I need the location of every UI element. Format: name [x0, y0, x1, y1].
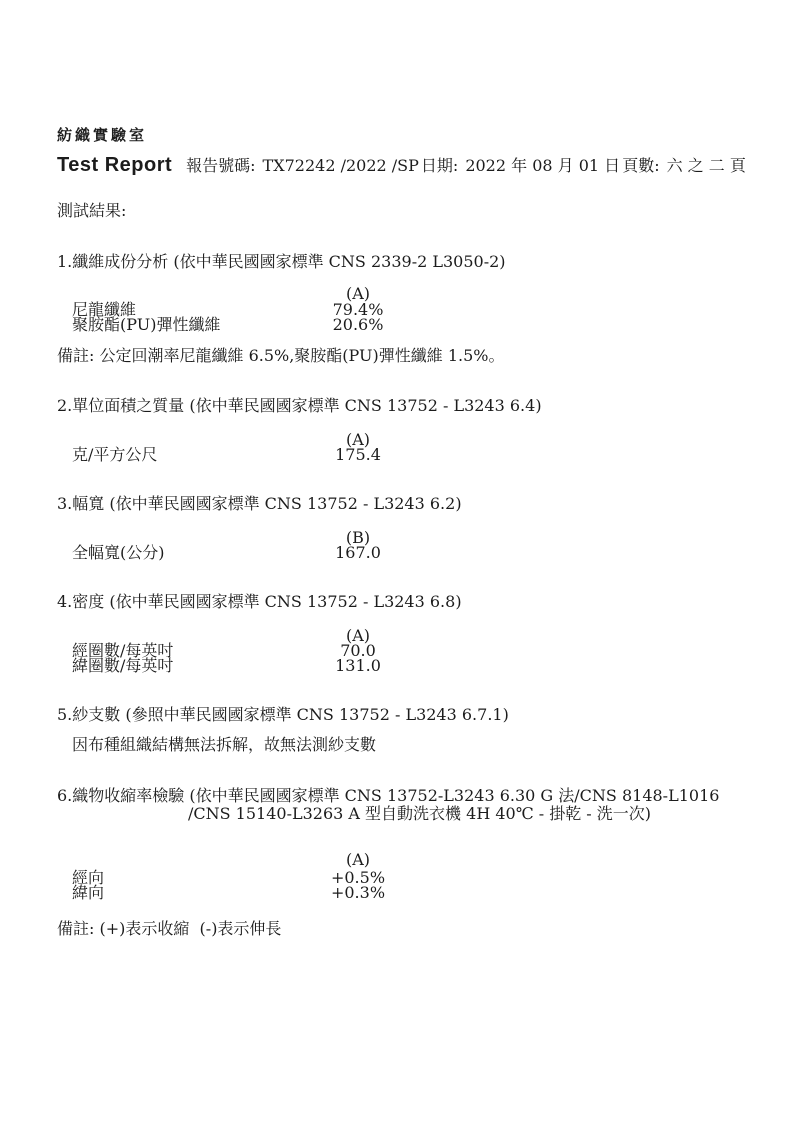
table-row-label: 全幅寬(公分) — [72, 544, 165, 562]
section-4-heading: 4.密度 (依中華民國國家標準 CNS 13752 - L3243 6.8) — [57, 593, 462, 611]
test-report-page: 紡織實驗室 Test Report 報告號碼: TX72242 /2022 /S… — [0, 0, 800, 1135]
report-title: Test Report — [57, 154, 172, 176]
section-1-remark: 備註: 公定回潮率尼龍纖維 6.5%,聚胺酯(PU)彈性纖維 1.5%。 — [57, 347, 505, 365]
pages-label: 頁數: — [622, 157, 659, 175]
table-row-label: 緯圈數/每英吋 — [72, 657, 173, 675]
date-value: 2022 年 08 月 01 日 — [465, 157, 620, 175]
table-row-label: 緯向 — [72, 884, 104, 902]
section-5-heading: 5.紗支數 (參照中華民國國家標準 CNS 13752 - L3243 6.7.… — [57, 706, 509, 724]
section-6-column-header: (A) — [288, 851, 428, 869]
results-label: 測試結果: — [57, 202, 126, 220]
table-row-value: 167.0 — [288, 544, 428, 562]
pages-value: 六 之 二 頁 — [667, 157, 746, 175]
report-no-value: TX72242 /2022 /SP — [263, 157, 419, 175]
table-row-value: +0.3% — [288, 884, 428, 902]
table-row-value: 131.0 — [288, 657, 428, 675]
report-header-line: Test Report 報告號碼: TX72242 /2022 /SP 日期: … — [57, 154, 746, 176]
section-6-heading-line1: 6.織物收縮率檢驗 (依中華民國國家標準 CNS 13752-L3243 6.3… — [57, 787, 719, 805]
section-6-heading-line2: /CNS 15140-L3263 A 型自動洗衣機 4H 40℃ - 掛乾 - … — [188, 805, 651, 823]
table-row-label: 克/平方公尺 — [72, 446, 157, 464]
section-1-heading: 1.纖維成份分析 (依中華民國國家標準 CNS 2339-2 L3050-2) — [57, 253, 506, 271]
lab-name: 紡織實驗室 — [57, 127, 147, 144]
date-label: 日期: — [421, 157, 458, 175]
section-2-heading: 2.單位面積之質量 (依中華民國國家標準 CNS 13752 - L3243 6… — [57, 397, 542, 415]
section-3-heading: 3.幅寬 (依中華民國國家標準 CNS 13752 - L3243 6.2) — [57, 495, 462, 513]
report-no-label: 報告號碼: — [186, 157, 255, 175]
table-row-value: 20.6% — [288, 316, 428, 334]
table-row-label: 聚胺酯(PU)彈性纖維 — [72, 316, 220, 334]
section-5-note: 因布種組織結構無法拆解，故無法測紗支數 — [72, 736, 376, 754]
section-6-remark: 備註: (+)表示收縮 (-)表示伸長 — [57, 920, 281, 938]
table-row-value: 175.4 — [288, 446, 428, 464]
